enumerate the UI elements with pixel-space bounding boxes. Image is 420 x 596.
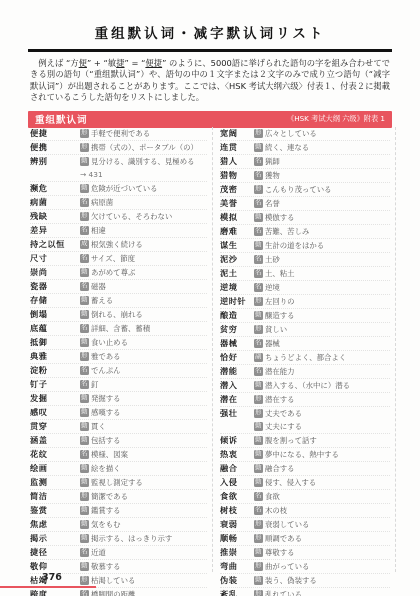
definition-line: 動腹を割って話す [254, 434, 390, 447]
entry-definitions: 動装う、偽装する [254, 574, 390, 587]
entry-definitions: 動包括する [80, 434, 207, 447]
list-item: 顺畅形順調である [220, 532, 390, 546]
definition-text: 雅である [91, 351, 121, 362]
pos-marker-icon: 動 [254, 241, 263, 250]
entry-definitions: 形手軽で便利である [80, 127, 207, 140]
definition-line: 名病原菌 [80, 196, 207, 209]
entry-headword: 猎物 [220, 169, 254, 182]
entry-definitions: 名獲物 [254, 169, 390, 182]
entry-definitions: 名猟師 [254, 155, 390, 168]
pos-marker-icon: 動 [80, 184, 89, 193]
definition-line: 動生計の道をはかる [254, 239, 390, 252]
entry-headword: 钉子 [30, 378, 80, 391]
definition-text: 見分ける、識別する、見極める [91, 156, 194, 167]
entry-headword: 潜在 [220, 393, 254, 406]
entry-definitions: 名磁器 [80, 280, 207, 293]
definition-text: 曲がっている [265, 561, 309, 572]
list-item: 器械名器械 [220, 337, 390, 351]
definition-line: 動尊敬する [254, 546, 390, 559]
definition-text: 左回りの [265, 296, 295, 307]
list-item: 泥土名土、粘土 [220, 267, 390, 281]
entry-definitions: 動食い止める [80, 336, 207, 349]
entry-headword: 美誉 [220, 197, 254, 210]
entry-definitions: 動鑑賞する [80, 504, 207, 517]
pos-marker-icon: 名 [80, 254, 89, 263]
entry-headword: 贯穿 [30, 420, 80, 433]
list-item: 食欲名食欲 [220, 490, 390, 504]
entry-headword: 食欲 [220, 490, 254, 503]
definition-text: → 431 [80, 170, 103, 179]
list-item: 钉子名釘 [30, 378, 207, 392]
definition-text: 乱れている [265, 589, 302, 596]
pos-marker-icon: 動 [80, 157, 89, 166]
definition-text: 衰弱している [265, 519, 309, 530]
entry-definitions: 動貫く [80, 420, 207, 433]
intro-text: ” = “ [125, 58, 146, 68]
entry-headword: 茂密 [220, 183, 254, 196]
entry-headword: 酿造 [220, 309, 254, 322]
definition-text: 木の枝 [265, 505, 287, 516]
entry-headword: 贫穷 [220, 323, 254, 336]
definition-line: 形簡潔である [80, 490, 207, 503]
definition-line: 動丈夫にする [254, 420, 390, 433]
entry-definitions: 形簡潔である [80, 490, 207, 503]
page-footer: 376 [0, 572, 100, 589]
pos-marker-icon: 形 [254, 534, 263, 543]
entry-headword: 监测 [30, 476, 80, 489]
entry-headword: 倾诉 [220, 434, 254, 447]
pos-marker-icon: 動 [80, 310, 89, 319]
list-item: 谋生動生計の道をはかる [220, 239, 390, 253]
list-item: 尺寸名サイズ、節度 [30, 252, 207, 266]
pos-marker-icon: 動 [80, 408, 89, 417]
title-rule [28, 49, 392, 52]
entry-headword: 入侵 [220, 476, 254, 489]
list-item: 恰好副ちょうどよく、都合よく [220, 351, 390, 365]
definition-line: 名逆境 [254, 281, 390, 294]
entry-headword: 感叹 [30, 406, 80, 419]
pos-marker-icon: 形 [80, 212, 89, 221]
pos-marker-icon: 動 [254, 478, 263, 487]
entry-definitions: 形潜在する [254, 393, 390, 406]
entry-definitions: 動監視し測定する [80, 476, 207, 489]
pos-marker-icon: 名 [254, 157, 263, 166]
book-page: 重组默认词・减字默认词リスト 例えば “方便” + “敏捷” = “便捷” のよ… [0, 0, 420, 596]
entry-headword: 跨度 [30, 588, 80, 596]
list-item: 美誉名名誉 [220, 197, 390, 211]
list-item: 鉴赏動鑑賞する [30, 504, 207, 518]
entry-definitions: 名食欲 [254, 490, 390, 503]
entry-headword: 连贯 [220, 141, 254, 154]
definition-line: 名相違 [80, 224, 207, 237]
list-item: 衰弱形衰弱している [220, 518, 390, 532]
definition-text: 模様、図案 [91, 449, 128, 460]
entry-headword: 涵盖 [30, 434, 80, 447]
definition-text: 尊敬する [265, 547, 295, 558]
entry-definitions: 形左回りの [254, 295, 390, 308]
list-item: 树枝名木の枝 [220, 504, 390, 518]
entry-definitions: 動醸造する [254, 309, 390, 322]
pos-marker-icon: 動 [254, 422, 263, 431]
definition-line: 形貧しい [254, 323, 390, 336]
definition-text: 潜入する、（水中に）潜る [265, 380, 350, 391]
list-item: 推崇動尊敬する [220, 546, 390, 560]
pos-marker-icon: 成 [80, 240, 89, 249]
pos-marker-icon: 名 [254, 339, 263, 348]
entry-definitions: 名でんぷん [80, 364, 207, 377]
entry-headword: 绘画 [30, 462, 80, 475]
pos-marker-icon: 形 [254, 520, 263, 529]
definition-line: 名名誉 [254, 197, 390, 210]
entry-definitions: 名詳細、含蓄、蓄積 [80, 322, 207, 335]
pos-marker-icon: 名 [254, 171, 263, 180]
definition-line: 動監視し測定する [80, 476, 207, 489]
entry-headword: 推崇 [220, 546, 254, 559]
entry-headword: 强壮 [220, 407, 254, 420]
entry-definitions: 名土、粘土 [254, 267, 390, 280]
list-item: 潜在形潜在する [220, 393, 390, 407]
definition-text: こんもり茂っている [265, 184, 332, 195]
list-item: 淀粉名でんぷん [30, 364, 207, 378]
definition-text: 包括する [91, 435, 121, 446]
entry-headword: 融合 [220, 462, 254, 475]
definition-text: ちょうどよく、都合よく [265, 352, 346, 363]
pos-marker-icon: 名 [80, 380, 89, 389]
definition-line: 副ちょうどよく、都合よく [254, 351, 390, 364]
list-item: 抵御動食い止める [30, 336, 207, 350]
definition-line: 名土砂 [254, 253, 390, 266]
entry-headword: 泥土 [220, 267, 254, 280]
definition-text: 食い止める [91, 337, 128, 348]
entry-headword: 尺寸 [30, 252, 80, 265]
entry-definitions: 名潜在能力 [254, 365, 390, 378]
list-item: 病菌名病原菌 [30, 196, 207, 210]
list-item: 差异名相違 [30, 224, 207, 238]
list-item: 辨别動見分ける、識別する、見極める→ 431 [30, 155, 207, 182]
entry-headword: 底蕴 [30, 322, 80, 335]
pos-marker-icon: 副 [254, 353, 263, 362]
list-item: 典雅形雅である [30, 350, 207, 364]
definition-text: 蓄える [91, 295, 113, 306]
definition-text: 相違 [91, 225, 106, 236]
definition-text: 敬慕する [91, 561, 121, 572]
entry-definitions: 名器械 [254, 337, 390, 350]
pos-marker-icon: 動 [80, 296, 89, 305]
pos-marker-icon: 動 [254, 576, 263, 585]
pos-marker-icon: 名 [254, 227, 263, 236]
entry-definitions: 動続く、連なる [254, 141, 390, 154]
definition-line: 名土、粘土 [254, 267, 390, 280]
definition-line: 形雅である [80, 350, 207, 363]
definition-text: 釘 [91, 379, 98, 390]
definition-text: 苦難、苦しみ [265, 226, 309, 237]
definition-line: 動危険が近づいている [80, 182, 207, 195]
entry-definitions: 形こんもり茂っている [254, 183, 390, 196]
list-item: 存储動蓄える [30, 294, 207, 308]
pos-marker-icon: 動 [80, 464, 89, 473]
entry-headword: 捷径 [30, 546, 80, 559]
entry-headword: 器械 [220, 337, 254, 350]
definition-text: 監視し測定する [91, 477, 143, 488]
pos-marker-icon: 動 [254, 464, 263, 473]
definition-text: 掲示する、はっきり示す [91, 533, 172, 544]
entry-headword: 病菌 [30, 196, 80, 209]
definition-text: 倒れる、崩れる [91, 309, 143, 320]
entry-definitions: 名釘 [80, 378, 207, 391]
entry-column-right: 宽阔形広々としている连贯動続く、連なる猎人名猟師猎物名獲物茂密形こんもり茂ってい… [213, 127, 396, 572]
entry-definitions: 動絵を描く [80, 462, 207, 475]
entry-definitions: 動模倣する [254, 211, 390, 224]
definition-text: 広々としている [265, 128, 317, 139]
definition-line: 形丈夫である [254, 407, 390, 420]
definition-line: 形携帯（式の）、ポータブル（の） [80, 141, 207, 154]
pos-marker-icon: 動 [80, 422, 89, 431]
entry-headword: 存储 [30, 294, 80, 307]
entry-definitions: 動倒れる、崩れる [80, 308, 207, 321]
pos-marker-icon: 動 [80, 338, 89, 347]
intro-text: 例えば “方 [30, 58, 79, 68]
pos-marker-icon: 動 [80, 394, 89, 403]
definition-line: 名獲物 [254, 169, 390, 182]
entry-definitions: 動危険が近づいている [80, 182, 207, 195]
pos-marker-icon: 形 [80, 492, 89, 501]
entry-definitions: 副ちょうどよく、都合よく [254, 351, 390, 364]
list-item: 逆境名逆境 [220, 281, 390, 295]
definition-text: 根気強く続ける [91, 239, 143, 250]
pos-marker-icon: 形 [254, 395, 263, 404]
list-item: 瓷器名磁器 [30, 280, 207, 294]
definition-line: 動鑑賞する [80, 504, 207, 517]
entry-definitions: 動掲示する、はっきり示す [80, 532, 207, 545]
list-item: 倾诉動腹を割って話す [220, 434, 390, 448]
entry-headword: 焦虑 [30, 518, 80, 531]
definition-line: 動装う、偽装する [254, 574, 390, 587]
entry-headword: 便捷 [30, 127, 80, 140]
pos-marker-icon: 動 [80, 534, 89, 543]
list-item: 酿造動醸造する [220, 309, 390, 323]
definition-text: 手軽で便利である [91, 128, 150, 139]
entry-headword: 便携 [30, 141, 80, 154]
definition-line: 動貫く [80, 420, 207, 433]
definition-text: 危険が近づいている [91, 183, 158, 194]
definition-line: 形左回りの [254, 295, 390, 308]
list-item: 猎人名猟師 [220, 155, 390, 169]
entry-list: 便捷形手軽で便利である便携形携帯（式の）、ポータブル（の）辨别動見分ける、識別す… [30, 127, 396, 572]
list-item: 茂密形こんもり茂っている [220, 183, 390, 197]
entry-definitions: 動侵す、侵入する [254, 476, 390, 489]
entry-definitions: 動発掘する [80, 392, 207, 405]
definition-line: 名近道 [80, 546, 207, 559]
definition-line: → 431 [80, 168, 207, 181]
entry-headword: 持之以恒 [30, 238, 80, 251]
entry-headword: 热衷 [220, 448, 254, 461]
definition-text: 装う、偽装する [265, 575, 317, 586]
pos-marker-icon: 動 [254, 436, 263, 445]
entry-headword: 揭示 [30, 532, 80, 545]
pos-marker-icon: 動 [254, 143, 263, 152]
definition-line: 動掲示する、はっきり示す [80, 532, 207, 545]
definition-line: 名でんぷん [80, 364, 207, 377]
definition-line: 形乱れている [254, 588, 390, 596]
pos-marker-icon: 形 [254, 185, 263, 194]
definition-text: 夢中になる、熱中する [265, 449, 339, 460]
entry-headword: 逆境 [220, 281, 254, 294]
entry-headword: 衰弱 [220, 518, 254, 531]
definition-text: 侵す、侵入する [265, 477, 316, 488]
pos-marker-icon: 形 [254, 590, 263, 596]
definition-line: 動続く、連なる [254, 141, 390, 154]
definition-line: 名磁器 [80, 280, 207, 293]
entry-definitions: 名名誉 [254, 197, 390, 210]
definition-line: 動夢中になる、熱中する [254, 448, 390, 461]
entry-headword: 淀粉 [30, 364, 80, 377]
entry-headword: 花纹 [30, 448, 80, 461]
definition-text: 器械 [265, 338, 280, 349]
definition-text: 簡潔である [91, 491, 128, 502]
definition-line: 動侵す、侵入する [254, 476, 390, 489]
entry-headword: 残缺 [30, 210, 80, 223]
definition-text: 土砂 [265, 254, 280, 265]
definition-line: 動食い止める [80, 336, 207, 349]
entry-headword: 鉴赏 [30, 504, 80, 517]
entry-headword: 泥沙 [220, 253, 254, 266]
definition-line: 形衰弱している [254, 518, 390, 531]
entry-definitions: 名サイズ、節度 [80, 252, 207, 265]
definition-text: 磁器 [91, 281, 106, 292]
definition-text: 気をもむ [91, 519, 121, 530]
list-item: 监测動監視し測定する [30, 476, 207, 490]
pos-marker-icon: 形 [254, 562, 263, 571]
pos-marker-icon: 名 [254, 506, 263, 515]
definition-line: 形曲がっている [254, 560, 390, 573]
pos-marker-icon: 動 [254, 213, 263, 222]
pos-marker-icon: 動 [254, 548, 263, 557]
definition-line: 成根気強く続ける [80, 238, 207, 251]
list-item: 宽阔形広々としている [220, 127, 390, 141]
pos-marker-icon: 名 [80, 198, 89, 207]
definition-text: 食欲 [265, 491, 280, 502]
entry-definitions: 形欠けている、そろわない [80, 210, 207, 223]
definition-text: サイズ、節度 [91, 253, 135, 264]
list-item: 便携形携帯（式の）、ポータブル（の） [30, 141, 207, 155]
definition-line: 動模倣する [254, 211, 390, 224]
definition-text: 生計の道をはかる [265, 240, 324, 251]
list-item: 揭示動掲示する、はっきり示す [30, 532, 207, 546]
entry-definitions: 形曲がっている [254, 560, 390, 573]
definition-line: 名苦難、苦しみ [254, 225, 390, 238]
pos-marker-icon: 名 [80, 366, 89, 375]
list-item: 发掘動発掘する [30, 392, 207, 406]
list-item: 热衷動夢中になる、熱中する [220, 448, 390, 462]
pos-marker-icon: 名 [80, 282, 89, 291]
entry-definitions: 動生計の道をはかる [254, 239, 390, 252]
definition-line: 動感嘆する [80, 406, 207, 419]
pos-marker-icon: 名 [254, 269, 263, 278]
entry-headword: 伪装 [220, 574, 254, 587]
definition-line: 名釘 [80, 378, 207, 391]
list-item: 绘画動絵を描く [30, 462, 207, 476]
pos-marker-icon: 形 [254, 325, 263, 334]
entry-definitions: 形貧しい [254, 323, 390, 336]
entry-headword: 树枝 [220, 504, 254, 517]
section-header-bar: 重组默认词 《HSK 考试大纲 六级》附表 1 [28, 111, 392, 128]
list-item: 强壮形丈夫である動丈夫にする [220, 407, 390, 434]
list-item: 简洁形簡潔である [30, 490, 207, 504]
definition-text: あがめて尊ぶ [91, 267, 135, 278]
entry-headword: 顺畅 [220, 532, 254, 545]
entry-definitions: 動見分ける、識別する、見極める→ 431 [80, 155, 207, 181]
list-item: 猎物名獲物 [220, 169, 390, 183]
definition-text: 続く、連なる [265, 142, 309, 153]
entry-column-left: 便捷形手軽で便利である便携形携帯（式の）、ポータブル（の）辨别動見分ける、識別す… [30, 127, 213, 572]
entry-headword: 紊乱 [220, 588, 254, 596]
definition-line: 動醸造する [254, 309, 390, 322]
definition-text: 名誉 [265, 198, 280, 209]
entry-definitions: 動融合する [254, 462, 390, 475]
list-item: 倒塌動倒れる、崩れる [30, 308, 207, 322]
list-item: 持之以恒成根気強く続ける [30, 238, 207, 252]
definition-text: 丈夫にする [265, 421, 302, 432]
definition-line: 動蓄える [80, 294, 207, 307]
entry-definitions: 形衰弱している [254, 518, 390, 531]
intro-paragraph: 例えば “方便” + “敏捷” = “便捷” のように、5000語に挙げられた語… [30, 58, 390, 104]
definition-text: 絵を描く [91, 463, 121, 474]
list-item: 伪装動装う、偽装する [220, 574, 390, 588]
list-item: 贫穷形貧しい [220, 323, 390, 337]
entry-definitions: 名近道 [80, 546, 207, 559]
definition-text: 順調である [265, 533, 302, 544]
entry-definitions: 動気をもむ [80, 518, 207, 531]
pos-marker-icon: 名 [254, 199, 263, 208]
intro-text: ” + “敏 [87, 58, 116, 68]
pos-marker-icon: 名 [254, 367, 263, 376]
entry-headword: 模拟 [220, 211, 254, 224]
list-item: 入侵動侵す、侵入する [220, 476, 390, 490]
list-item: 紊乱形乱れている [220, 588, 390, 596]
definition-text: でんぷん [91, 365, 121, 376]
pos-marker-icon: 動 [80, 436, 89, 445]
definition-line: 名猟師 [254, 155, 390, 168]
list-item: 涵盖動包括する [30, 434, 207, 448]
list-item: 感叹動感嘆する [30, 406, 207, 420]
pos-marker-icon: 名 [80, 590, 89, 596]
list-item: 濒危動危険が近づいている [30, 182, 207, 196]
entry-definitions: 成根気強く続ける [80, 238, 207, 251]
pos-marker-icon: 名 [254, 492, 263, 501]
intro-underlined-term: 便 [79, 58, 87, 68]
pos-marker-icon: 名 [254, 255, 263, 264]
definition-line: 動潜入する、（水中に）潜る [254, 379, 390, 392]
entry-headword: 简洁 [30, 490, 80, 503]
list-item: 捷径名近道 [30, 546, 207, 560]
pos-marker-icon: 形 [80, 143, 89, 152]
definition-line: 形こんもり茂っている [254, 183, 390, 196]
pos-marker-icon: 形 [254, 409, 263, 418]
entry-definitions: 動あがめて尊ぶ [80, 266, 207, 279]
section-source-note: 《HSK 考试大纲 六级》附表 1 [287, 114, 385, 124]
definition-line: 動包括する [80, 434, 207, 447]
entry-headword: 差异 [30, 224, 80, 237]
definition-line: 名詳細、含蓄、蓄積 [80, 322, 207, 335]
entry-headword: 潜入 [220, 379, 254, 392]
list-item: 连贯動続く、連なる [220, 141, 390, 155]
entry-definitions: 動夢中になる、熱中する [254, 448, 390, 461]
entry-headword: 猎人 [220, 155, 254, 168]
pos-marker-icon: 形 [80, 352, 89, 361]
definition-text: 潜在能力 [265, 366, 295, 377]
page-number: 376 [42, 572, 100, 583]
entry-headword: 磨难 [220, 225, 254, 238]
